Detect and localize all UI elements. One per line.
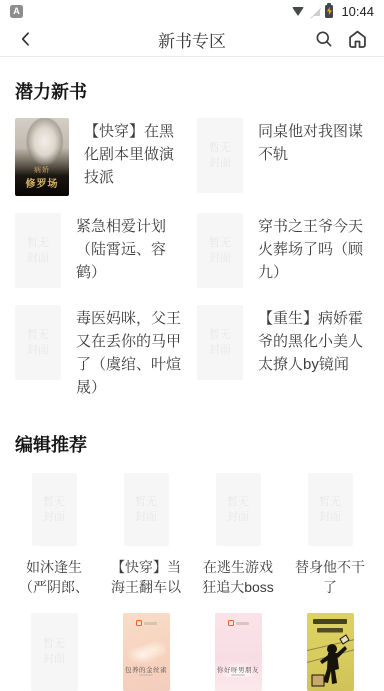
publisher-logo <box>123 620 170 626</box>
book-title: 同桌他对我图谋不轨 <box>258 118 369 166</box>
section-title-editor: 编辑推荐 <box>15 431 369 457</box>
book-cover-placeholder: 暂无封面 <box>15 213 61 288</box>
book-cover <box>307 613 354 691</box>
book-title: 毒医妈咪，父王又在丢你的马甲了（虞绾、叶煊晟） <box>76 305 187 399</box>
app-screen: A 10:44 新书专区 <box>0 0 384 691</box>
book-title: 在逃生游戏狂追大boss <box>199 557 277 597</box>
battery-charging-icon <box>325 5 333 18</box>
book-cover: 包养的金丝雀 <box>123 613 170 691</box>
book-title: 【快穿】在黑化剧本里做演技派 <box>84 118 187 189</box>
book-item[interactable]: 暂无封面 如沐逢生（严阴郎、 <box>10 473 98 597</box>
publisher-logo <box>215 620 262 626</box>
book-item[interactable]: 暂无封面 毒医妈咪，父王又在丢你的马甲了（虞绾、叶煊晟） <box>15 305 187 399</box>
book-item[interactable]: 暂无封面 紧急相爱计划（陆霄远、容鹤） <box>15 213 187 288</box>
book-item[interactable]: 暂无封面 穿书之王爷今天火葬场了吗（顾九） <box>197 213 369 288</box>
book-item[interactable] <box>286 613 374 691</box>
nav-bar: 新书专区 <box>0 22 384 57</box>
book-item[interactable]: 病娇 修罗场 【快穿】在黑化剧本里做演技派 <box>15 118 187 196</box>
book-title: 穿书之王爷今天火葬场了吗（顾九） <box>258 213 369 284</box>
book-title: 【快穿】当海王翻车以 <box>107 557 185 597</box>
book-item[interactable]: 暂无封面 在逃生游戏狂追大boss <box>194 473 282 597</box>
book-cover-placeholder: 暂无封面 <box>15 305 61 380</box>
potential-books-grid: 病娇 修罗场 【快穿】在黑化剧本里做演技派 暂无封面 同桌他对我图谋不轨 暂无封… <box>0 104 384 399</box>
book-cover: 病娇 修罗场 <box>15 118 69 196</box>
book-cover-placeholder: 暂无封面 <box>197 213 243 288</box>
book-cover-placeholder: 暂无封面 <box>308 473 353 546</box>
editor-books-grid-row2: 暂无封面 包养的金丝雀 你好呀男朋友 <box>0 613 384 691</box>
dancing-figure-illustration <box>307 613 354 691</box>
book-cover-placeholder: 暂无封面 <box>216 473 261 546</box>
back-chevron-icon <box>16 29 36 49</box>
section-title-potential: 潜力新书 <box>15 78 369 104</box>
notification-app-badge: A <box>10 5 23 18</box>
book-title: 【重生】病娇霍爷的黑化小美人太撩人by镜闻 <box>258 305 369 376</box>
sim-off-icon <box>309 6 320 17</box>
status-bar: A 10:44 <box>0 0 384 22</box>
book-cover-placeholder: 暂无封面 <box>31 613 78 691</box>
book-item[interactable]: 暂无封面 <box>10 613 98 691</box>
book-cover: 你好呀男朋友 <box>215 613 262 691</box>
book-cover-placeholder: 暂无封面 <box>197 118 243 193</box>
cover-title-text: 病娇 修罗场 <box>15 165 69 190</box>
book-title: 紧急相爱计划（陆霄远、容鹤） <box>76 213 187 284</box>
book-item[interactable]: 你好呀男朋友 <box>194 613 282 691</box>
book-item[interactable]: 暂无封面 【重生】病娇霍爷的黑化小美人太撩人by镜闻 <box>197 305 369 399</box>
page-title: 新书专区 <box>0 27 384 52</box>
book-cover-placeholder: 暂无封面 <box>197 305 243 380</box>
editor-books-grid: 暂无封面 如沐逢生（严阴郎、 暂无封面 【快穿】当海王翻车以 暂无封面 在逃生游… <box>0 473 384 597</box>
book-title: 如沐逢生（严阴郎、 <box>15 557 93 597</box>
book-cover-placeholder: 暂无封面 <box>32 473 77 546</box>
book-item[interactable]: 暂无封面 替身他不干了 <box>286 473 374 597</box>
book-item[interactable]: 包养的金丝雀 <box>102 613 190 691</box>
book-title: 替身他不干了 <box>291 557 369 597</box>
back-button[interactable] <box>16 29 36 49</box>
book-item[interactable]: 暂无封面 【快穿】当海王翻车以 <box>102 473 190 597</box>
status-time: 10:44 <box>341 4 374 19</box>
book-cover-placeholder: 暂无封面 <box>124 473 169 546</box>
book-item[interactable]: 暂无封面 同桌他对我图谋不轨 <box>197 118 369 196</box>
wifi-icon <box>292 7 304 16</box>
